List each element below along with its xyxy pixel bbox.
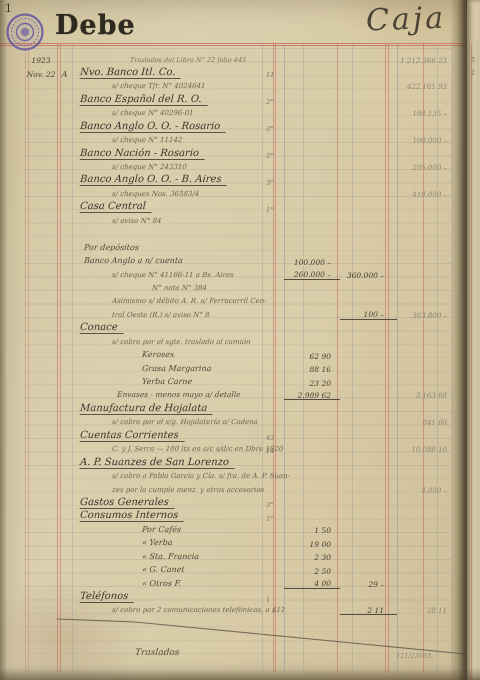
cell-date: Nov. 22 xyxy=(25,71,57,79)
cell-a1: 62 90 xyxy=(284,353,340,361)
cell-folio: 11 xyxy=(262,72,284,79)
ledger-row: Asimismo s/ débito A. R. a/ Ferrocarril … xyxy=(25,290,452,303)
cell-a3: 100.000 – xyxy=(397,138,452,145)
cell-a3: 363.800 – xyxy=(397,313,452,320)
cell-a1: 2 30 xyxy=(284,554,340,562)
entry-text: A. P. Suanzes de San Lorenzo xyxy=(80,458,236,469)
account-title-caja: Caja xyxy=(365,1,446,39)
cell-a3: 28 11 xyxy=(397,608,452,615)
cell-folio: 1° xyxy=(262,516,284,523)
ledger-row: Kerosex62 90 xyxy=(25,344,452,357)
entry-text: Manufactura de Hojalata xyxy=(80,404,214,415)
entry-text: Nvo. Banco Itl. Co. xyxy=(80,68,182,79)
cell-a1: 88 16 xyxy=(284,366,340,374)
edge-mark: 2 xyxy=(471,70,475,77)
header-rule-red xyxy=(0,45,466,46)
cell-a1: 100.000 – xyxy=(284,259,340,267)
cell-folio: 3° xyxy=(262,502,284,509)
entry-text: Asimismo s/ débito A. R. a/ Ferrocarril … xyxy=(112,298,267,305)
entry-text: N° nota N° 384 xyxy=(152,285,207,292)
entry-text: Banco Anglo O. O. - Rosario xyxy=(80,122,227,133)
cell-a2: 100 – xyxy=(340,311,397,320)
cell-a3: 10.080 10 xyxy=(397,447,452,454)
ledger-page: 1 Debe Caja 1923Traslados del Libro N° 2… xyxy=(0,0,480,680)
entry-text: tral Oeste (R.) s/ aviso N° 8 xyxy=(112,312,210,319)
entry-text: Yerba Carne xyxy=(142,378,193,386)
cell-folio: 1° xyxy=(262,207,284,214)
entry-text: « Yerba xyxy=(142,539,173,547)
entry-text: Por depósitos xyxy=(84,244,139,252)
carry-forward-note: Traslados xyxy=(135,648,180,658)
ledger-row: Envases - menos mayo a/ detalle2.989 623… xyxy=(25,384,452,397)
entry-text: s/ cheque N° 41166-11 a Bs. Aires xyxy=(112,272,234,279)
next-page-edge xyxy=(467,0,480,680)
cell-folio: 43 xyxy=(262,435,284,442)
circular-ink-stamp xyxy=(5,12,45,52)
entry-text: Cuentas Corrientes xyxy=(80,431,185,442)
entry-text: s/ cobro por 2 comunicaciones telefónica… xyxy=(112,607,286,614)
entry-text: Gastos Generales xyxy=(80,498,175,509)
cell-a3: 3.163 88 xyxy=(397,393,452,400)
ledger-row: Por depósitos xyxy=(25,237,452,250)
cell-a1: 23 20 xyxy=(284,380,340,388)
entry-text: Envases - menos mayo a/ detalle xyxy=(117,391,241,399)
ledger-row: Manufactura de Hojalata xyxy=(25,398,452,411)
ledger-row: « Sta. Francia2 30 xyxy=(25,546,452,559)
entry-text: Casa Central xyxy=(80,202,153,213)
ledger-row: « G. Canet2 50 xyxy=(25,559,452,572)
debit-title: Debe xyxy=(55,10,136,41)
entry-text: « G. Canet xyxy=(142,566,185,574)
cell-a1: 1 50 xyxy=(284,527,340,535)
entry-text: s/ cheque Tfr. N° 4024641 xyxy=(112,83,206,90)
ledger-row: Banco Anglo a n/ cuenta100.000 – xyxy=(25,250,452,263)
entry-text: Traslados del Libro N° 22 folio 445 xyxy=(130,57,247,64)
cell-folio: 1 xyxy=(262,597,284,604)
cell-a1: 260.000 – xyxy=(284,271,340,280)
page-edge-shadow xyxy=(0,0,7,680)
entry-text: Grasa Margarina xyxy=(142,365,212,373)
ledger-row: 1923Traslados del Libro N° 22 folio 4451… xyxy=(25,49,452,62)
entry-text: « Otros F. xyxy=(142,580,182,588)
page-edge-shadow xyxy=(0,668,480,680)
binding-gutter xyxy=(450,0,467,680)
cell-date: 1923 xyxy=(25,57,57,65)
ledger-row: Banco Anglo O. O. - Rosario3° xyxy=(25,116,452,129)
ledger-row: A. P. Suanzes de San Lorenzo xyxy=(25,452,452,465)
cell-folio: 2° xyxy=(262,99,284,106)
cell-a1: 2 50 xyxy=(284,568,340,576)
ledger-row: Grasa Margarina88 16 xyxy=(25,358,452,371)
ledger-row: Banco Anglo O. O. - B. Aires3° xyxy=(25,169,452,182)
cell-a2: 29 – xyxy=(340,581,397,589)
cell-a3: 205.000 – xyxy=(397,165,452,172)
ledger-row: zes por lo cumple menz. y otros accesori… xyxy=(25,479,452,492)
entry-text: Banco Nación - Rosario xyxy=(80,149,206,160)
cell-a1: 4 00 xyxy=(284,580,340,589)
cell-a1: 19 00 xyxy=(284,541,340,549)
cell-folio: 3° xyxy=(262,153,284,160)
entry-text: Banco Anglo O. O. - B. Aires xyxy=(80,175,228,186)
cell-a3: 841 60 xyxy=(397,420,452,427)
ledger-row: Cuentas Corrientes43 xyxy=(25,425,452,438)
entry-text: Kerosex xyxy=(142,351,175,359)
edge-mark: 5 xyxy=(471,57,475,64)
cell-a3: 1.212.366 23 xyxy=(397,58,452,65)
cell-a1: 2.989 62 xyxy=(284,392,340,401)
cell-a3: 190.135 – xyxy=(397,111,452,118)
entry-text: s/ cobro por el s/g. Hojalatería a/ Cade… xyxy=(112,419,258,426)
entry-text: s/ cheques Nos. 36583/4 xyxy=(112,191,200,198)
entry-text: Banco Anglo a n/ cuenta xyxy=(84,257,183,265)
entry-text: Consumos Internos xyxy=(80,511,185,522)
cell-a2: 2 11 xyxy=(340,607,397,616)
cell-a2: 360.000 – xyxy=(340,272,397,280)
rule-red xyxy=(471,43,472,680)
ledger-row: tral Oeste (R.) s/ aviso N° 8100 –363.80… xyxy=(25,304,452,317)
ledger-row: Yerba Carne23 20 xyxy=(25,371,452,384)
ledger-row: Banco Nación - Rosario3° xyxy=(25,143,452,156)
cell-a3: 4.000 – xyxy=(397,488,452,495)
entry-text: s/ cheque N° 40296-01 xyxy=(112,110,194,117)
entry-text: Banco Español del R. O. xyxy=(80,95,208,106)
cell-a3: 422.161 93 xyxy=(397,84,452,91)
ledger-rows: 1923Traslados del Libro N° 22 folio 4451… xyxy=(25,49,452,613)
cell-folio: 3° xyxy=(262,180,284,187)
entry-text: s/ cheque N° 11142 xyxy=(112,137,183,144)
entry-text: Teléfonos xyxy=(80,592,135,603)
cell-desc: A. P. Suanzes de San Lorenzo xyxy=(72,452,262,469)
cell-folio: 3° xyxy=(262,126,284,133)
entry-text: s/ cobro por el sgte. traslado al camión xyxy=(112,339,251,346)
entry-text: Conace xyxy=(80,323,124,334)
entry-text: Por Cafés xyxy=(142,526,181,534)
entry-text: s/ aviso N° 84 xyxy=(112,218,162,225)
ledger-row: s/ cheque N° 41166-11 a Bs. Aires260.000… xyxy=(25,264,452,277)
entry-text: zes por lo cumple menz. y otros accesori… xyxy=(112,487,265,494)
ledger-row: « Yerba19 00 xyxy=(25,532,452,545)
entry-text: s/ cobro a Pablo García y Cía. s/ fra. d… xyxy=(112,473,290,480)
ledger-row: Banco Español del R. O.2° xyxy=(25,89,452,102)
rule-blue-faint xyxy=(477,43,478,680)
entry-text: s/ cheque N° 243310 xyxy=(112,164,187,171)
ledger-row: Casa Central1° xyxy=(25,196,452,209)
cell-j: A xyxy=(57,71,72,79)
pencil-total: 121/23663- xyxy=(396,652,433,660)
header-rule-red xyxy=(0,43,466,44)
entry-text: « Sta. Francia xyxy=(142,553,200,561)
entry-text: C. y J. Serra — 100 lts en a/c s/d/c en … xyxy=(112,446,284,453)
ledger-row: « Otros F.4 0029 – xyxy=(25,573,452,586)
cell-a3: 410.000 – xyxy=(397,192,452,199)
